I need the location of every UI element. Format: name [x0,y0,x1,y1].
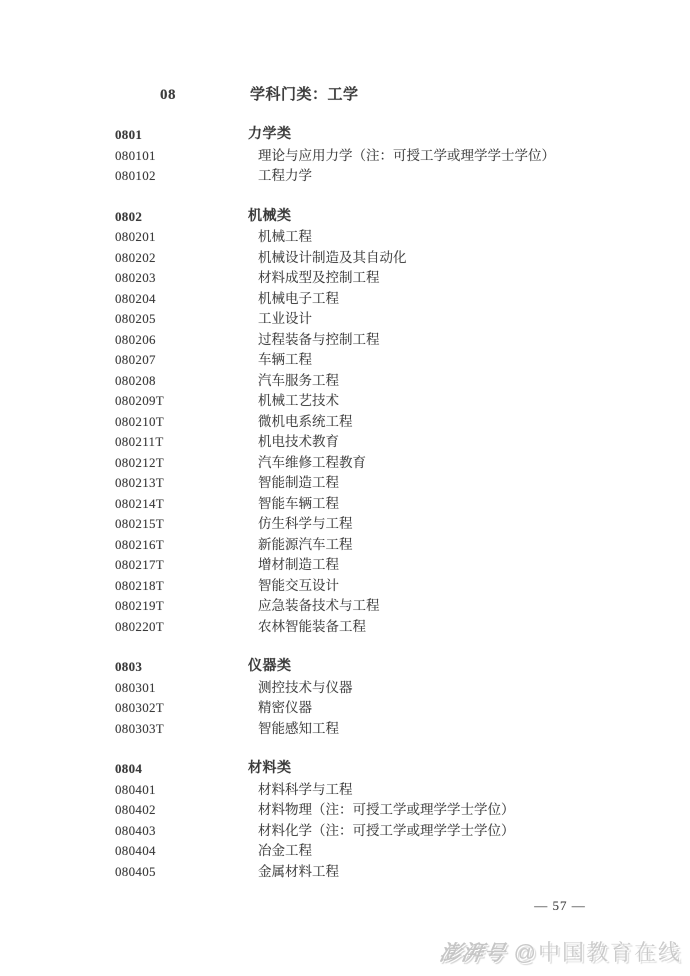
major-code: 080206 [115,330,248,351]
major-row: 080217T 增材制造工程 [115,555,660,576]
major-row: 080215T 仿生科学与工程 [115,514,660,535]
major-row: 080206 过程装备与控制工程 [115,330,660,351]
major-code: 080401 [115,780,248,801]
major-code: 080405 [115,862,248,883]
major-row: 080301 测控技术与仪器 [115,678,660,699]
major-name: 机械设计制造及其自动化 [248,248,660,269]
major-row: 080210T 微机电系统工程 [115,412,660,433]
major-row: 080303T 智能感知工程 [115,719,660,740]
sections: 0801 力学类 080101 理论与应用力学（注：可授工学或理学学士学位） 0… [115,125,660,882]
major-name: 智能制造工程 [248,473,660,494]
major-name: 精密仪器 [248,698,660,719]
major-row: 080216T 新能源汽车工程 [115,535,660,556]
section-name: 机械类 [248,207,660,228]
major-name: 农林智能装备工程 [248,617,660,638]
major-code: 080101 [115,146,248,167]
major-code: 080216T [115,535,248,556]
major-row: 080402 材料物理（注：可授工学或理学学士学位） [115,800,660,821]
major-row: 080209T 机械工艺技术 [115,391,660,412]
major-name: 增材制造工程 [248,555,660,576]
major-name: 智能交互设计 [248,576,660,597]
major-row: 080302T 精密仪器 [115,698,660,719]
discipline-section: 0804 材料类 080401 材料科学与工程 080402 材料物理（注：可授… [115,759,660,882]
major-code: 080211T [115,432,248,453]
major-row: 080102 工程力学 [115,166,660,187]
major-row: 080218T 智能交互设计 [115,576,660,597]
major-code: 080207 [115,350,248,371]
section-code: 0801 [115,125,248,146]
major-name: 机械工艺技术 [248,391,660,412]
major-row: 080405 金属材料工程 [115,862,660,883]
watermark-brand-logo: 澎湃号 [437,937,508,967]
section-header-row: 0802 机械类 [115,207,660,228]
major-name: 汽车服务工程 [248,371,660,392]
watermark-account-text: @中国教育在线 [514,936,682,967]
discipline-section: 0802 机械类 080201 机械工程 080202 机械设计制造及其自动化 … [115,207,660,638]
major-code: 080301 [115,678,248,699]
section-header-row: 0803 仪器类 [115,657,660,678]
major-code: 080215T [115,514,248,535]
section-name: 仪器类 [248,657,660,678]
major-name: 机械电子工程 [248,289,660,310]
major-name: 智能感知工程 [248,719,660,740]
major-row: 080213T 智能制造工程 [115,473,660,494]
major-code: 080303T [115,719,248,740]
major-name: 机械工程 [248,227,660,248]
major-row: 080203 材料成型及控制工程 [115,268,660,289]
major-name: 应急装备技术与工程 [248,596,660,617]
discipline-section: 0803 仪器类 080301 测控技术与仪器 080302T 精密仪器 080… [115,657,660,739]
major-code: 080209T [115,391,248,412]
major-code: 080208 [115,371,248,392]
document-page: 08 学科门类：工学 0801 力学类 080101 理论与应用力学（注：可授工… [0,0,690,976]
major-code: 080202 [115,248,248,269]
major-name: 冶金工程 [248,841,660,862]
major-name: 测控技术与仪器 [248,678,660,699]
major-name: 材料成型及控制工程 [248,268,660,289]
section-name: 力学类 [248,125,660,146]
major-row: 080205 工业设计 [115,309,660,330]
major-row: 080212T 汽车维修工程教育 [115,453,660,474]
major-row: 080202 机械设计制造及其自动化 [115,248,660,269]
section-header-row: 0804 材料类 [115,759,660,780]
major-code: 080219T [115,596,248,617]
major-name: 车辆工程 [248,350,660,371]
major-name: 材料化学（注：可授工学或理学学士学位） [248,821,660,842]
page-title: 学科门类：工学 [250,86,359,104]
major-row: 080214T 智能车辆工程 [115,494,660,515]
major-name: 材料物理（注：可授工学或理学学士学位） [248,800,660,821]
major-code: 080403 [115,821,248,842]
discipline-section: 0801 力学类 080101 理论与应用力学（注：可授工学或理学学士学位） 0… [115,125,660,187]
major-name: 工业设计 [248,309,660,330]
major-code: 080404 [115,841,248,862]
major-name: 汽车维修工程教育 [248,453,660,474]
major-row: 080401 材料科学与工程 [115,780,660,801]
major-code: 080212T [115,453,248,474]
major-code: 080220T [115,617,248,638]
page-number: — 57 — [505,898,615,914]
watermark: 澎湃号 @中国教育在线 [440,936,682,967]
section-header-row: 0801 力学类 [115,125,660,146]
section-code: 0802 [115,207,248,228]
major-code: 080102 [115,166,248,187]
category-code: 08 [160,86,250,104]
major-name: 仿生科学与工程 [248,514,660,535]
major-code: 080201 [115,227,248,248]
major-name: 金属材料工程 [248,862,660,883]
major-name: 材料科学与工程 [248,780,660,801]
major-code: 080217T [115,555,248,576]
major-name: 机电技术教育 [248,432,660,453]
major-code: 080302T [115,698,248,719]
major-code: 080204 [115,289,248,310]
major-code: 080214T [115,494,248,515]
major-row: 080403 材料化学（注：可授工学或理学学士学位） [115,821,660,842]
section-code: 0803 [115,657,248,678]
major-row: 080208 汽车服务工程 [115,371,660,392]
major-name: 新能源汽车工程 [248,535,660,556]
section-code: 0804 [115,759,248,780]
major-name: 过程装备与控制工程 [248,330,660,351]
major-code: 080205 [115,309,248,330]
category-header: 08 学科门类：工学 [160,86,660,104]
major-name: 智能车辆工程 [248,494,660,515]
major-code: 080218T [115,576,248,597]
major-name: 工程力学 [248,166,660,187]
major-code: 080210T [115,412,248,433]
major-code: 080213T [115,473,248,494]
major-row: 080201 机械工程 [115,227,660,248]
major-row: 080204 机械电子工程 [115,289,660,310]
major-row: 080207 车辆工程 [115,350,660,371]
major-row: 080220T 农林智能装备工程 [115,617,660,638]
section-name: 材料类 [248,759,660,780]
major-row: 080219T 应急装备技术与工程 [115,596,660,617]
major-row: 080404 冶金工程 [115,841,660,862]
major-name: 微机电系统工程 [248,412,660,433]
major-name: 理论与应用力学（注：可授工学或理学学士学位） [248,146,660,167]
major-code: 080402 [115,800,248,821]
major-row: 080211T 机电技术教育 [115,432,660,453]
major-row: 080101 理论与应用力学（注：可授工学或理学学士学位） [115,146,660,167]
major-code: 080203 [115,268,248,289]
